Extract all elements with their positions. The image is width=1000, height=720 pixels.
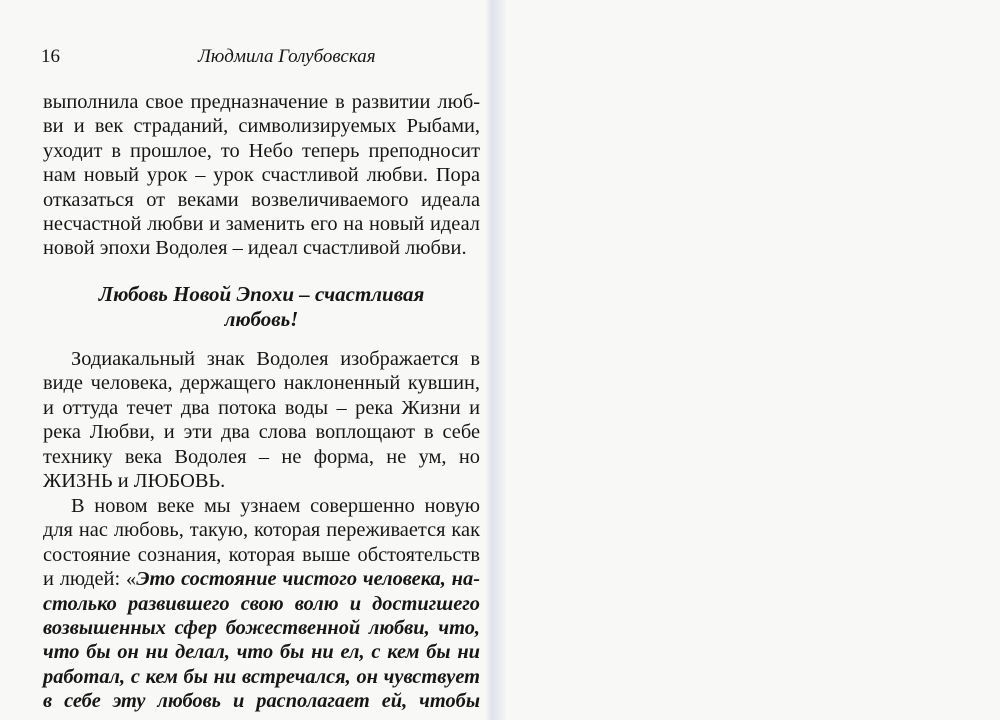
right-page: Любовь в Эпоху Водолея 17 всем помочь» (…: [492, 0, 1000, 720]
running-head-author: Людмила Голубовская: [198, 44, 376, 70]
left-paragraph-3: В новом веке мы узнаем совершенно новую …: [43, 494, 480, 714]
heading-line-1: Любовь Новой Эпохи – счастливая: [43, 282, 480, 307]
section-heading-new-era-love: Любовь Новой Эпохи – счастливая любовь!: [43, 282, 480, 332]
paragraph-text: выполнила свое предназначение в развитии…: [43, 90, 480, 261]
paragraph-text: Зодиакальный знак Водолея изображается в…: [43, 347, 480, 493]
heading-line-2: любовь!: [43, 307, 480, 332]
left-paragraph-2: Зодиакальный знак Водолея изображается в…: [43, 347, 480, 493]
book-gutter: [486, 0, 506, 720]
page-number: 16: [41, 44, 60, 70]
book-spread: 16 Людмила Голубовская выполнила свое пр…: [0, 0, 1000, 720]
left-paragraph-1: выполнила свое предназначение в развитии…: [43, 90, 480, 261]
paragraph-text: В новом веке мы узнаем совершенно новую …: [43, 494, 480, 714]
left-page: 16 Людмила Голубовская выполнила свое пр…: [0, 0, 492, 720]
